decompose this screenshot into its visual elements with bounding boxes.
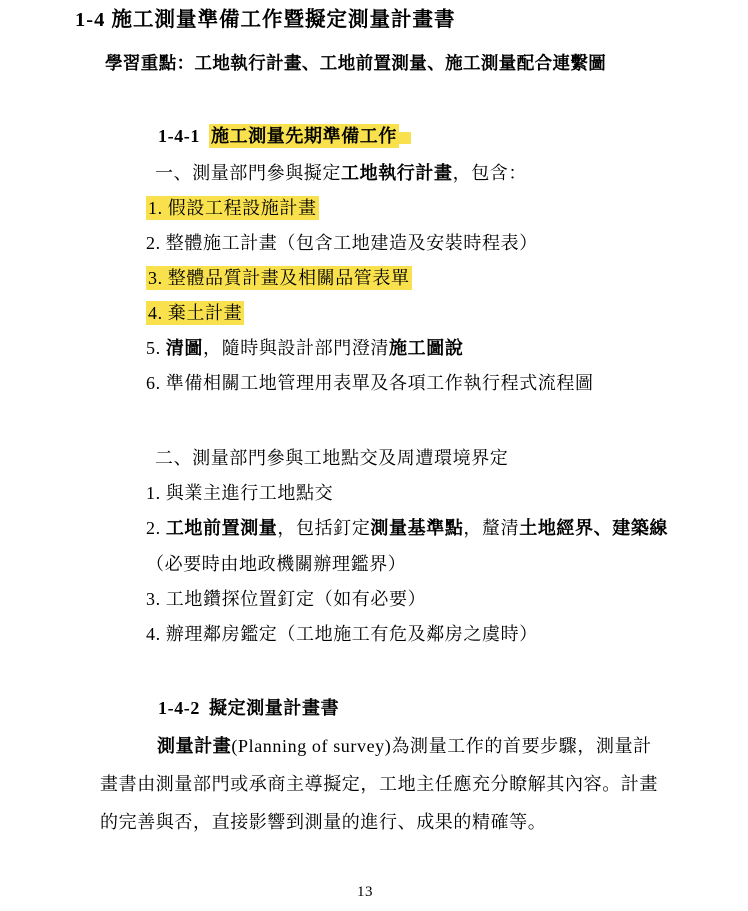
list1-item-3-text: 3. 整體品質計畫及相關品管表單 [146, 266, 412, 290]
list1-item-1: 1. 假設工程設施計畫 [146, 196, 319, 220]
list1-intro-pre: 一、測量部門參與擬定 [155, 163, 341, 183]
highlight-tail [398, 132, 411, 144]
list2-item-2: 2. 工地前置測量，包括釘定測量基準點，釐清土地經界、建築線 [146, 516, 668, 540]
paragraph-line-1: 測量計畫(Planning of survey)為測量工作的首要步驟，測量計 [157, 734, 652, 758]
section-141-title: 施工測量先期準備工作 [209, 124, 399, 148]
section-141-number: 1-4-1 [158, 126, 200, 146]
section-142-heading: 1-4-2擬定測量計畫書 [158, 696, 339, 720]
list2-item-2-mid1: ，包括釘定 [277, 518, 370, 538]
list2-item-2-num: 2. [146, 518, 166, 538]
list2-item-4: 4. 辦理鄰房鑑定（工地施工有危及鄰房之虞時） [146, 622, 538, 646]
list1-item-3: 3. 整體品質計畫及相關品管表單 [146, 266, 412, 290]
list1-item-2: 2. 整體施工計畫（包含工地建造及安裝時程表） [146, 231, 538, 255]
list1-item-1-text: 1. 假設工程設施計畫 [146, 196, 319, 220]
list1-item-4: 4. 棄土計畫 [146, 301, 244, 325]
list1-item-5-bold2: 施工圖說 [389, 338, 463, 358]
document-page: 1-4 施工測量準備工作暨擬定測量計畫書 學習重點：工地執行計畫、工地前置測量、… [0, 0, 748, 911]
section-142-number: 1-4-2 [158, 698, 200, 718]
list1-item-5: 5. 清圖，隨時與設計部門澄清施工圖說 [146, 336, 463, 360]
paragraph-line-1-bold: 測量計畫 [157, 736, 231, 756]
list1-intro-bold: 工地執行計畫 [341, 163, 453, 183]
list2-item-2-bold2: 測量基準點 [370, 518, 463, 538]
list1-intro-post: ，包含： [453, 163, 527, 183]
section-142-title: 擬定測量計畫書 [209, 698, 339, 718]
list2-intro: 二、測量部門參與工地點交及周遭環境界定 [155, 446, 508, 470]
page-title: 1-4 施工測量準備工作暨擬定測量計畫書 [75, 8, 455, 32]
list2-item-2-bold3: 土地經界、建築線 [519, 518, 668, 538]
list2-item-2-mid2: ，釐清 [463, 518, 519, 538]
list1-item-5-mid: ，隨時與設計部門澄清 [203, 338, 389, 358]
page-number: 13 [0, 880, 730, 904]
paragraph-line-1-rest: (Planning of survey)為測量工作的首要步驟，測量計 [231, 736, 651, 756]
section-141-heading: 1-4-1施工測量先期準備工作 [158, 124, 411, 148]
list1-item-5-num: 5. [146, 338, 166, 358]
paragraph-line-2: 畫書由測量部門或承商主導擬定，工地主任應充分瞭解其內容。計畫 [100, 772, 658, 796]
list2-item-3: 3. 工地鑽探位置釘定（如有必要） [146, 587, 426, 611]
list2-item-1: 1. 與業主進行工地點交 [146, 481, 333, 505]
learning-points-line: 學習重點：工地執行計畫、工地前置測量、施工測量配合連繫圖 [105, 51, 606, 75]
list1-item-5-bold1: 清圖 [166, 338, 203, 358]
list2-item-2-bold1: 工地前置測量 [166, 518, 278, 538]
list2-item-2-continuation: （必要時由地政機關辦理鑑界） [146, 552, 406, 576]
list1-intro: 一、測量部門參與擬定工地執行計畫，包含： [155, 161, 527, 185]
list1-item-4-text: 4. 棄土計畫 [146, 301, 244, 325]
list1-item-6: 6. 準備相關工地管理用表單及各項工作執行程式流程圖 [146, 371, 594, 395]
paragraph-line-3: 的完善與否，直接影響到測量的進行、成果的精確等。 [100, 810, 546, 834]
